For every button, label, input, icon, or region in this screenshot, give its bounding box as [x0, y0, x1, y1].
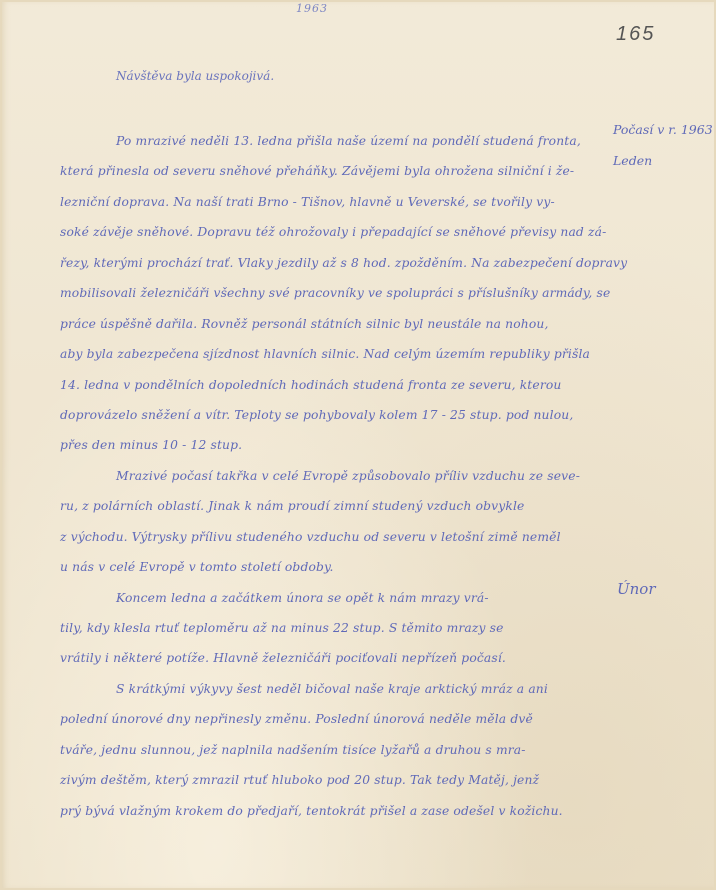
- text-line: práce úspěšně dařila. Rovněž personál st…: [60, 309, 610, 339]
- text-line: přes den minus 10 - 12 stup.: [60, 430, 610, 460]
- text-line: mobilisovali železničáři všechny své pra…: [60, 278, 610, 308]
- text-line: z východu. Výtrysky přílivu studeného vz…: [60, 522, 610, 552]
- text-line: doprovázelo sněžení a vítr. Teploty se p…: [60, 400, 610, 430]
- margin-note-month-february: Únor: [617, 580, 656, 598]
- text-line: zivým deštěm, který zmrazil rtuť hluboko…: [60, 765, 610, 795]
- text-line: 14. ledna v pondělních dopoledních hodin…: [60, 370, 610, 400]
- paragraph-first-line: Po mrazivé neděli 13. ledna přišla naše …: [60, 126, 610, 156]
- handwritten-body-text: Po mrazivé neděli 13. ledna přišla naše …: [60, 126, 610, 826]
- text-line: soké závěje sněhové. Dopravu též ohrožov…: [60, 217, 610, 247]
- text-line: prý bývá vlažným krokem do předjaří, ten…: [60, 796, 610, 826]
- text-line: lezniční doprava. Na naší trati Brno - T…: [60, 187, 610, 217]
- page-number: 165: [616, 23, 655, 46]
- header-year: 1963: [296, 2, 328, 15]
- text-line: tily, kdy klesla rtuť teploměru až na mi…: [60, 613, 610, 643]
- text-line: aby byla zabezpečena sjízdnost hlavních …: [60, 339, 610, 369]
- margin-note-month-january: Leden: [613, 153, 652, 168]
- paragraph-first-line: S krátkými výkyvy šest neděl bičoval naš…: [60, 674, 610, 704]
- text-line: polední únorové dny nepřinesly změnu. Po…: [60, 704, 610, 734]
- text-line: u nás v celé Evropě v tomto století obdo…: [60, 552, 610, 582]
- paragraph-first-line: Koncem ledna a začátkem února se opět k …: [60, 583, 610, 613]
- text-line: tváře, jednu slunnou, jež naplnila nadše…: [60, 735, 610, 765]
- text-line: vrátily i některé potíže. Hlavně železni…: [60, 643, 610, 673]
- text-line: řezy, kterými prochází trať. Vlaky jezdi…: [60, 248, 610, 278]
- paragraph-first-line: Mrazivé počasí takřka v celé Evropě způs…: [60, 461, 610, 491]
- closing-note: Návštěva byla uspokojivá.: [116, 69, 274, 83]
- text-line: která přinesla od severu sněhové přeháňk…: [60, 156, 610, 186]
- margin-note-section-title: Počasí v r. 1963: [613, 122, 713, 137]
- chronicle-page: 1963 165 Návštěva byla uspokojivá. Počas…: [0, 0, 716, 890]
- text-line: ru, z polárních oblastí. Jinak k nám pro…: [60, 491, 610, 521]
